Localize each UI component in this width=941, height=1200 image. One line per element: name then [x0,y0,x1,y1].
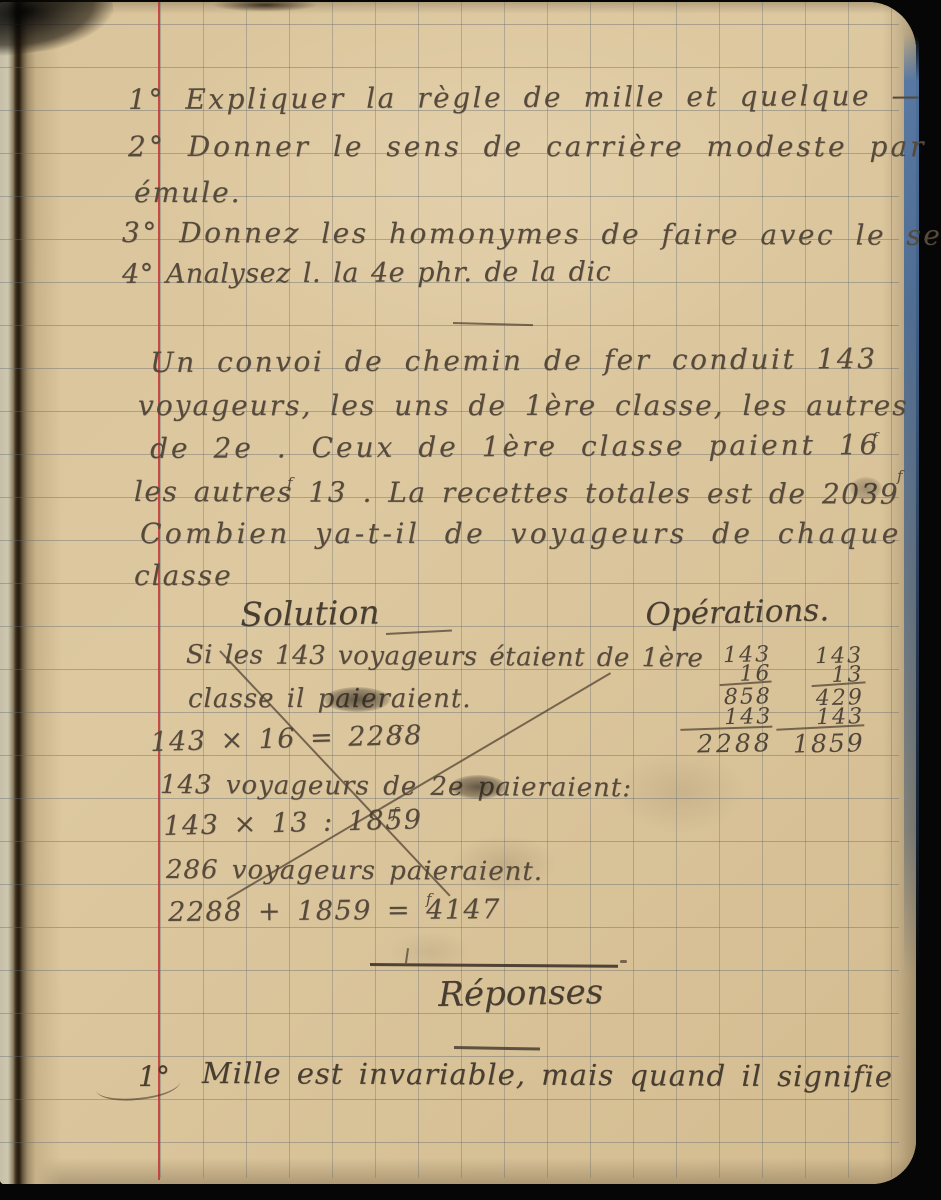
franc-mark: f [396,722,402,740]
problem-line-4: les autres 13 . La recettes totales est … [134,477,899,510]
problem-line-1: Un convoi de chemin de fer conduit 143 [150,344,878,379]
problem-line-2: voyageurs, les uns de 1ère classe, les a… [138,391,909,422]
ink-blot [450,775,506,799]
ink-blot [324,687,390,712]
question-line-4: 4° Analysez l. la 4e phr. de la dic [122,257,611,289]
scanned-notebook-page: 1° Expliquer la règle de mille et quelqu… [0,0,941,1200]
operations-heading: Opérations. [645,593,830,632]
problem-line-3: de 2e . Ceux de 1ère classe paient 16 [150,430,880,465]
question-line-2b: émule. [134,178,242,209]
solution-line-1: Si les 143 voyageurs étaient de 1ère [186,641,704,673]
question-line-3: 3° Donnez les homonymes de faire avec le… [122,218,941,252]
answer-number-flourish [95,1068,181,1105]
product: 1859 [776,730,868,757]
multiplication-1: 143 16 858 143 2288 [679,644,777,766]
answer-line: Mille est invariable, mais quand il sign… [202,1058,893,1094]
question-line-1: 1° Expliquer la règle de mille et quelqu… [128,81,922,116]
franc-mark: f [426,890,432,908]
problem-line-6: classe [134,561,233,592]
solution-line-3: 143 × 16 = 2288 [150,721,423,758]
multiplication-2: 143 13 429 143 1859 [775,645,869,767]
franc-mark: f [287,474,293,492]
handwriting-layer: 1° Expliquer la règle de mille et quelqu… [0,0,941,1200]
responses-divider-tick [405,948,409,963]
ink-blot [850,477,882,500]
franc-mark: f [897,467,903,485]
solution-line-6: 286 voyageurs paieraient. [166,856,543,887]
section-divider-line [453,322,533,326]
solution-heading: Solution [240,595,380,634]
responses-divider-dot [620,960,627,963]
product: 2288 [680,730,782,757]
franc-mark: f [392,804,398,822]
responses-heading: Réponses [438,974,604,1014]
responses-dash [454,1046,540,1050]
problem-line-5: Combien ya-t-il de voyageurs de chaque [140,519,902,550]
solution-line-7: 2288 + 1859 = 4147 [168,895,501,928]
franc-mark: f [872,429,878,447]
question-line-2: 2° Donner le sens de carrière modeste pa… [128,132,927,163]
solution-heading-flourish [386,630,452,635]
responses-divider-line [370,963,618,968]
